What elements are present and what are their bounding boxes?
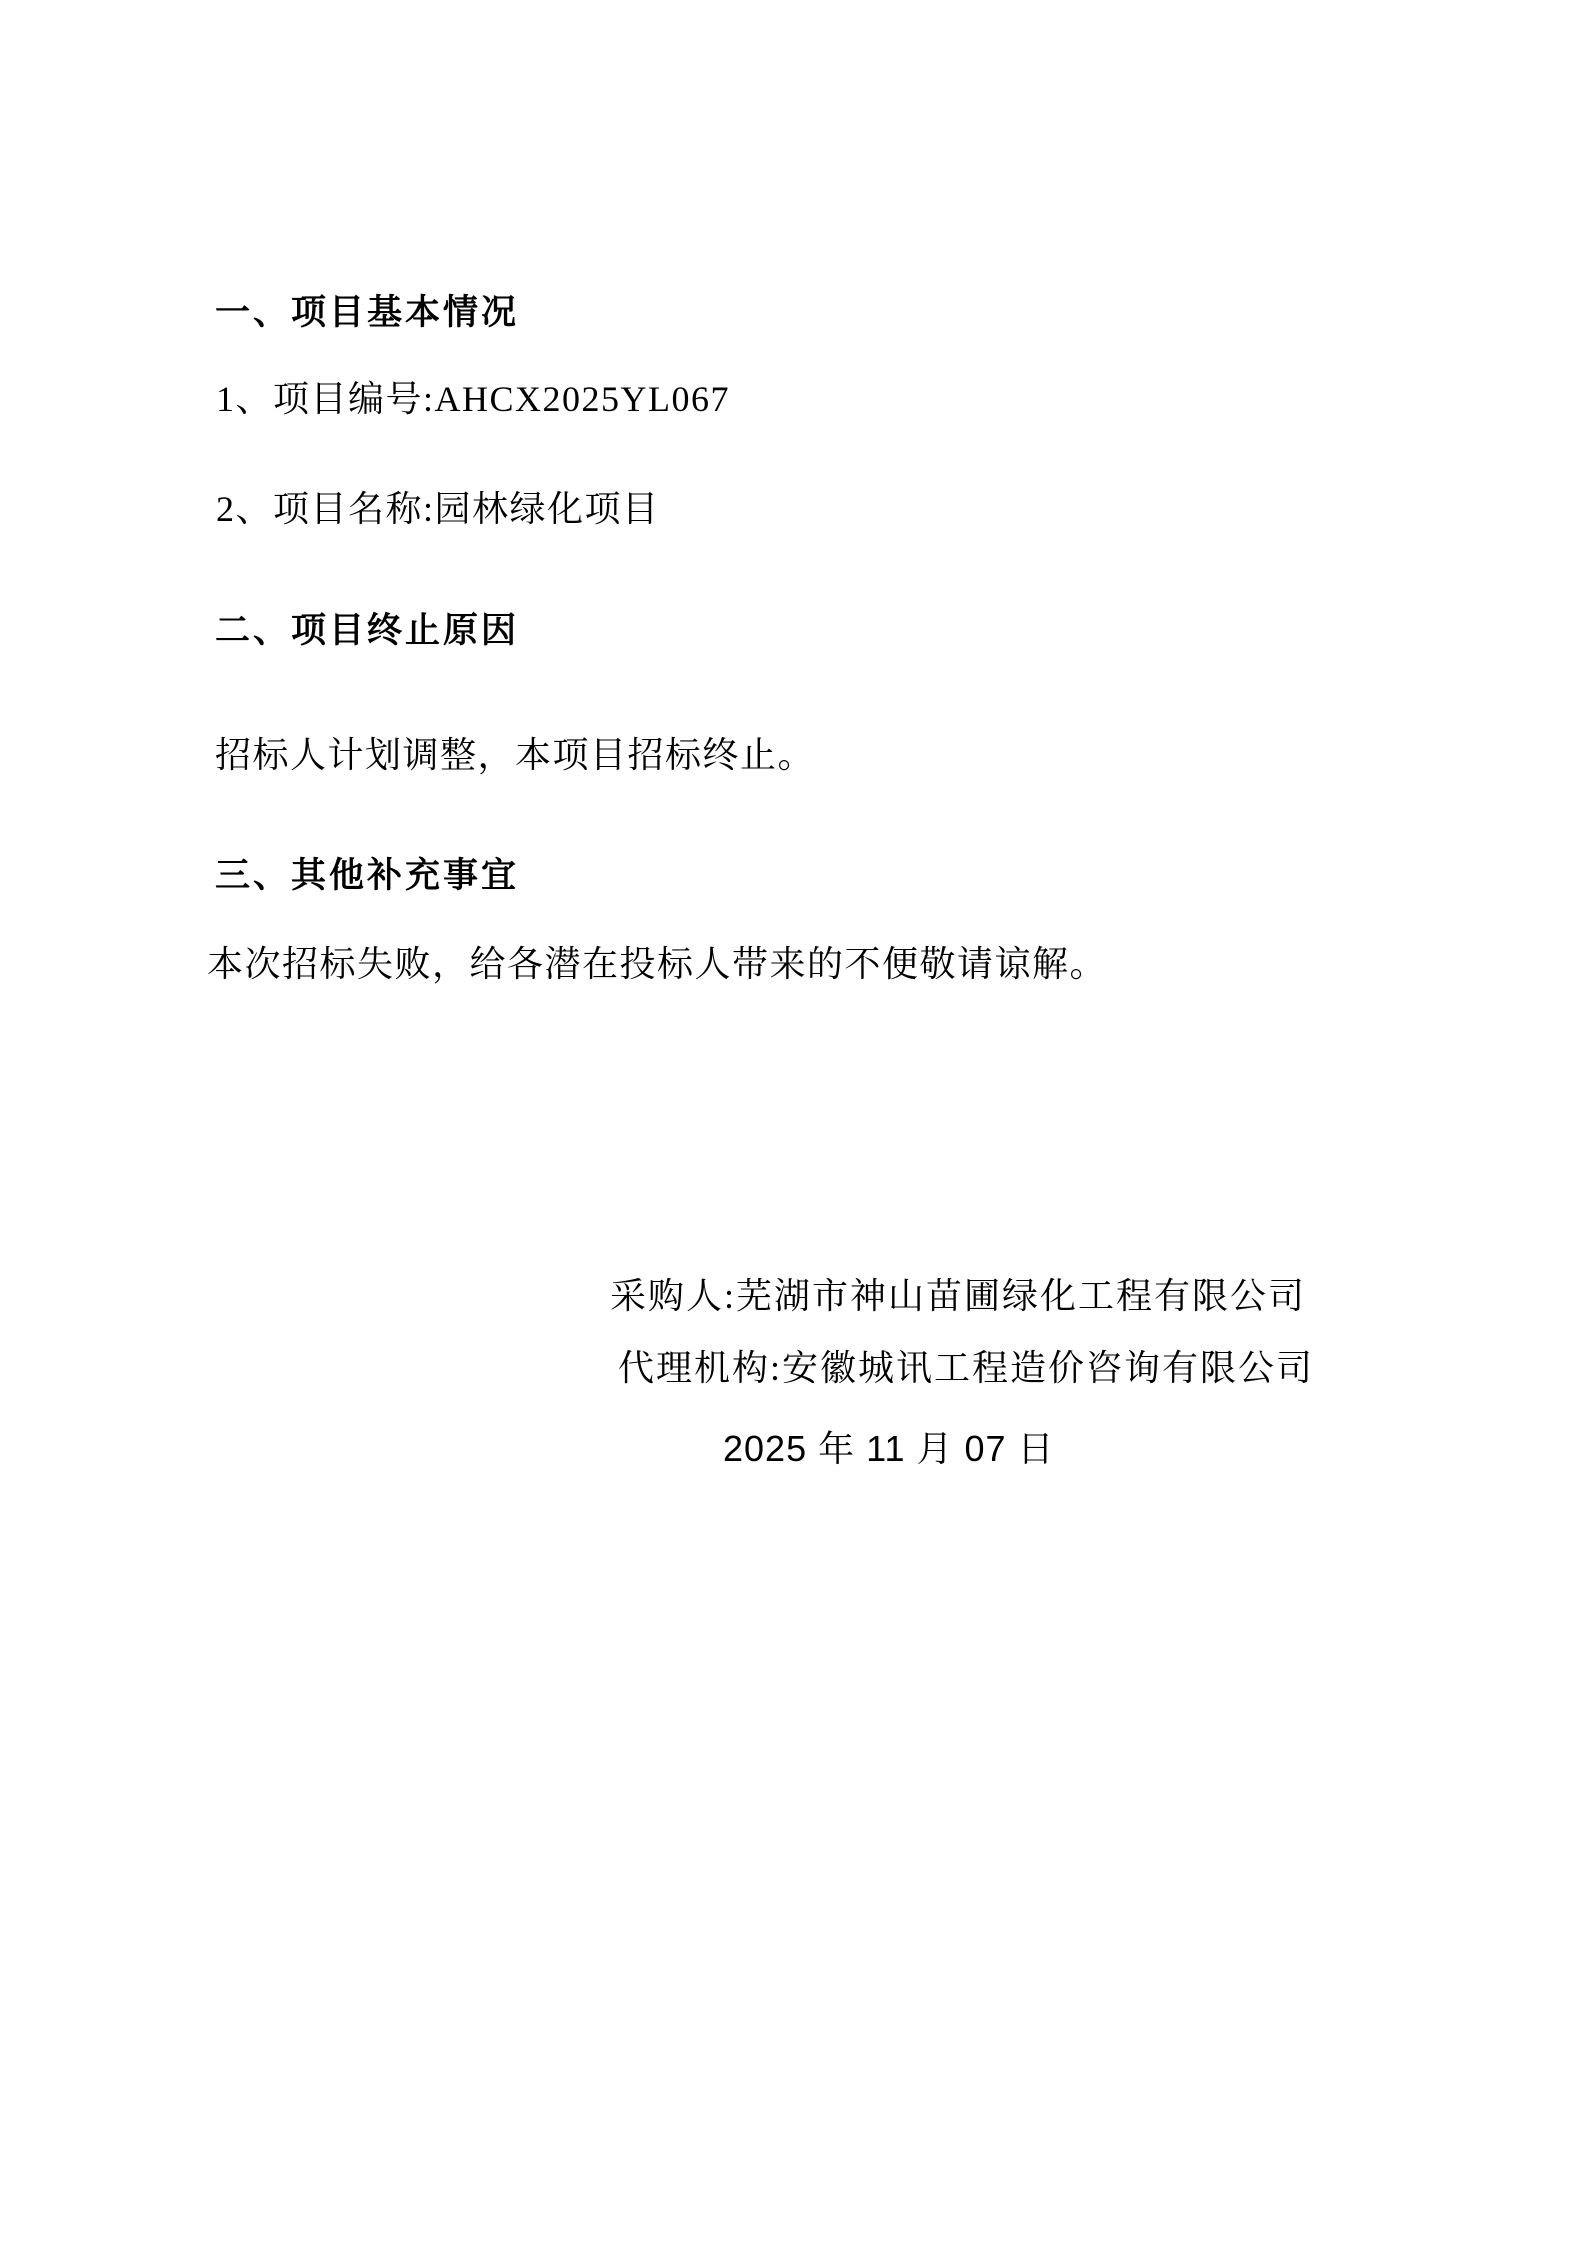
purchaser-signature-line: 采购人:芜湖市神山苗圃绿化工程有限公司 xyxy=(610,1276,1306,1317)
termination-reason-paragraph: 招标人计划调整，本项目招标终止。 xyxy=(215,735,815,776)
section-heading-supplementary: 三、其他补充事宜 xyxy=(215,856,519,896)
document-page: 一、项目基本情况 1、项目编号:AHCX2025YL067 2、项目名称:园林绿… xyxy=(0,0,1587,2245)
document-date-line: 2025 年 11 月 07 日 xyxy=(723,1428,1055,1469)
section-heading-basic-info: 一、项目基本情况 xyxy=(215,293,519,333)
supplementary-paragraph: 本次招标失败，给各潜在投标人带来的不便敬请谅解。 xyxy=(207,944,1107,985)
agency-signature-line: 代理机构:安徽城讯工程造价咨询有限公司 xyxy=(618,1348,1314,1389)
section-heading-termination-reason: 二、项目终止原因 xyxy=(215,611,519,651)
project-name-line: 2、项目名称:园林绿化项目 xyxy=(216,489,660,530)
project-number-line: 1、项目编号:AHCX2025YL067 xyxy=(216,379,730,420)
